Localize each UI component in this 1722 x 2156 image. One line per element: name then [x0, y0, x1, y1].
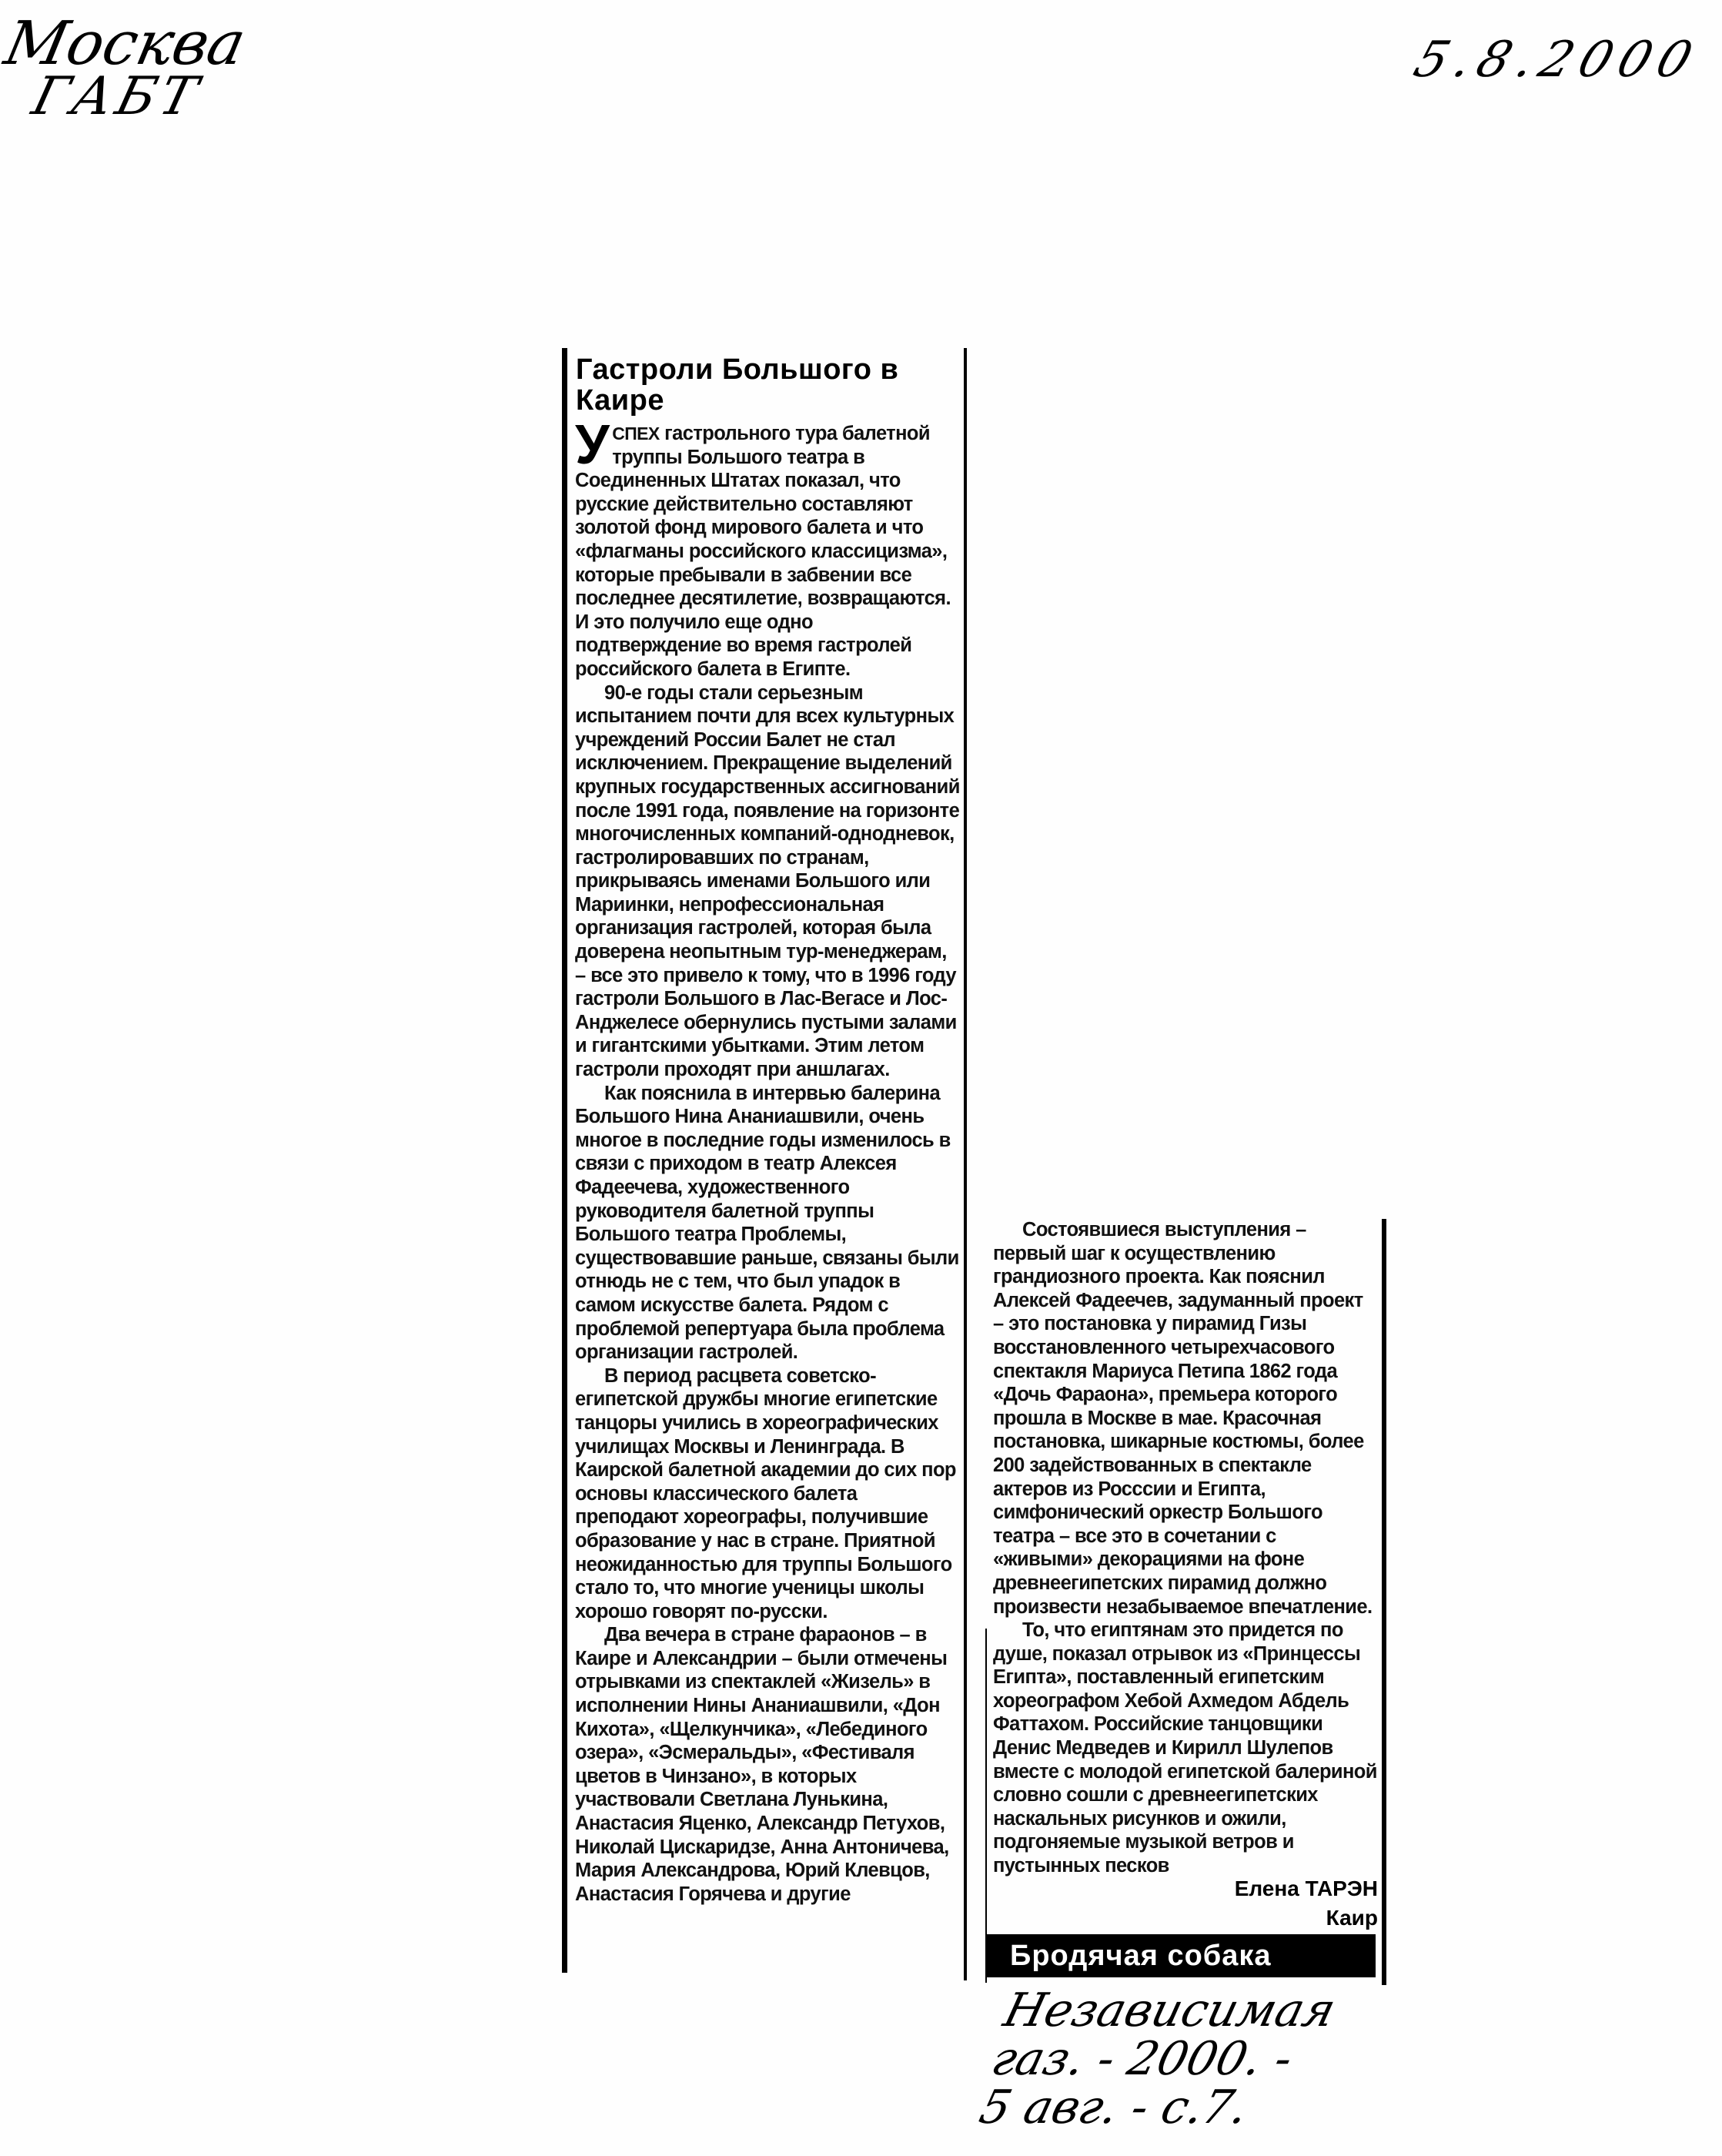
source-line: газ. - 2000. -	[987, 2035, 1328, 2084]
source-line: Независимая	[999, 1987, 1340, 2035]
paragraph-text: гастрольного тура балетной труппы Большо…	[575, 423, 951, 680]
dateline-location: Каир	[993, 1903, 1378, 1933]
article-paragraph-lead: УСПЕХ гастрольного тура балетной труппы …	[575, 422, 960, 681]
article-paragraph: В период расцвета советско-египетской др…	[575, 1364, 960, 1624]
column-rule-thin	[985, 1629, 987, 1983]
article-paragraph: Состоявшиеся выступления – первый шаг к …	[993, 1218, 1378, 1619]
article-paragraph: То, что египтянам это придется по душе, …	[993, 1619, 1378, 1878]
lead-caps: СПЕХ	[612, 423, 659, 444]
article-headline: Гастроли Большого в Каире	[576, 354, 945, 416]
column-rule-right	[1382, 1219, 1386, 1985]
column-rule-left	[562, 348, 567, 1973]
handwritten-source-note: Независимаягаз. - 2000. -5 авг. - с.7.	[975, 1987, 1340, 2132]
drop-cap: У	[575, 423, 609, 467]
article-column-2: Состоявшиеся выступления – первый шаг к …	[993, 1218, 1378, 1878]
handwritten-date: 5.8.2000	[1409, 35, 1706, 85]
source-line: 5 авг. - с.7.	[975, 2084, 1316, 2132]
handwritten-city-note: Москва	[0, 14, 250, 74]
article-paragraph: Как пояснила в интервью балерина Большог…	[575, 1082, 960, 1364]
article-paragraph: Два вечера в стране фараонов – в Каире и…	[575, 1623, 960, 1906]
author-name: Елена ТАРЭН	[993, 1874, 1378, 1903]
byline: Елена ТАРЭН Каир	[993, 1874, 1378, 1933]
article-column-1: УСПЕХ гастрольного тура балетной труппы …	[575, 422, 960, 1906]
article-paragraph: 90-е годы стали серьезным испытанием поч…	[575, 681, 960, 1082]
rubric-banner: Бродячая собака	[987, 1934, 1376, 1977]
column-rule-middle	[964, 348, 967, 1980]
handwritten-theatre-abbr: ГАБТ	[28, 71, 207, 123]
